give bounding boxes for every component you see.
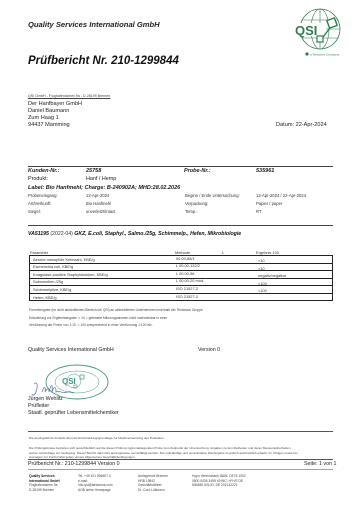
signature-company: Quality Services International GmbH [28, 347, 114, 353]
table-row: Aerobe mesophile Keimzahl, KBE/g 00.00-8… [29, 255, 333, 263]
report-version: Version 0 [198, 347, 220, 353]
untersuchung-label: Beginn / Ende Untersuchung: [185, 193, 240, 198]
probe-nr-value: 535961 [256, 168, 274, 174]
probe-nr-label: Probe-Nr.: [184, 168, 211, 174]
siegel-label: Siegel: [28, 209, 41, 214]
parameter-cell: Schimmelpilze, KBE/g [33, 287, 71, 292]
parameter-cell: Koagulase-positive Staphylokokken, KBE/g [33, 272, 108, 277]
company-name-header: Quality Services International GmbH [28, 20, 160, 29]
footer-company-1: Quality Services [29, 474, 55, 478]
probeneingang-value: 12-Apr-2024 [86, 193, 109, 198]
footer-company-2: International GmbH [29, 479, 60, 483]
footer-bank-3: MM488 USt-ID: DE 202142221 [192, 483, 246, 488]
globe-icon: QSI a Tentamus Company [280, 8, 350, 58]
probeneingang-label: Probeneingang: [28, 193, 58, 198]
footer-bank-1: Hypo Vereinsbank IBAN: DE76 1002 [192, 474, 246, 479]
table-row: Salmonellen /25g L 00.00-20 mod. <100 [29, 278, 333, 286]
table-row: Schimmelpilze, KBE/g ISO 21527-2 <100 [29, 285, 333, 293]
parameter-cell: Hefen, KBE/g [33, 295, 57, 300]
temp-value: RT [256, 209, 262, 214]
parameter-cell: Salmonellen /25g [33, 279, 63, 284]
footer-divider [28, 469, 333, 470]
footer-agb: AGB siehe Homepage [78, 488, 113, 493]
methode-cell: ISO 21527-2 [176, 286, 198, 291]
recipient-name: Daniel Baumann [28, 108, 82, 115]
footer-col-register: Amtsgericht Bremen HRB 19842 Geschäftsfü… [138, 474, 168, 492]
qsi-logo: QSI a Tentamus Company [280, 8, 350, 58]
method-description: GKZ, E.coli, Staphyl., Salmo./25g, Schim… [74, 231, 241, 237]
signer-role: Prüfleiter [28, 403, 119, 410]
footnote-erlaeuterung-2: Verdünnung der Probe von 1:10, < 100 ent… [29, 323, 153, 327]
methode-cell: L 00.00-132/2 [176, 263, 200, 268]
divider [28, 225, 333, 226]
results-table: Aerobe mesophile Keimzahl, KBE/g 00.00-8… [29, 255, 333, 301]
methode-cell: ISO 21527-2 [176, 294, 198, 299]
divider [28, 166, 333, 167]
methode-cell: L 00.00-56 [176, 271, 194, 276]
footer-ceo: Dr. Cord Lüllmann [138, 488, 168, 493]
footer-report-ref: Prüfbericht Nr.: 210-1299844 Version 0 [28, 461, 120, 467]
footnote-fremdvergabe: Fremdvergabe (im nicht akkreditierten Be… [29, 308, 203, 312]
methode-cell: 00.00-88/1 [176, 256, 195, 261]
parameter-cell: Aerobe mesophile Keimzahl, KBE/g [33, 257, 95, 262]
methode-cell: L 00.00-20 mod. [176, 278, 204, 283]
report-title: Prüfbericht Nr. 210-1299844 [28, 55, 179, 67]
footer-phone: Tel. +49 421 596607-0 [78, 474, 113, 479]
recipient-street: Zum Haag 1 [28, 115, 82, 122]
kunden-nr-value: 25758 [86, 168, 101, 174]
table-row: Escherichia coli, KBE/g L 00.00-132/2 <1… [29, 263, 333, 271]
method-code: VA51195 [28, 231, 49, 237]
svg-text:QSI: QSI [295, 23, 317, 38]
untersuchung-value: 12-Apr-2024 / 22-Apr-2024 [256, 193, 306, 198]
report-date: Datum: 22-Apr-2024 [276, 122, 327, 128]
recipient-city: 94437 Mamming [28, 122, 82, 129]
footnote-erlaeuterung-1: Erläuterung zur Ergebnisangabe: < 10 = g… [29, 316, 167, 320]
produkt-label: Produkt: [28, 176, 48, 182]
produkt-value: Hanf / Hemp [86, 176, 116, 182]
divider [28, 459, 333, 460]
kunden-nr-label: Kunden-Nr.: [28, 168, 59, 174]
method-year: (2022-04) [50, 231, 73, 237]
recipient-company: Der Hanfbayer GmbH [28, 101, 82, 108]
footer-city: D-28199 Bremen [29, 488, 60, 493]
siegel-value: unverletzt/intact [86, 209, 115, 214]
disclaimer-usage: Die durchgeführte Analytik dient als Ent… [29, 436, 165, 440]
label-line: Label: Bio Hanfmehl; Charge: B-240902A; … [28, 185, 180, 191]
verpackung-label: Verpackung: [185, 201, 208, 206]
method-title: VA51195 (2022-04) GKZ, E.coli, Staphyl.,… [28, 231, 241, 237]
sample-info: Kunden-Nr.: 25758 Probe-Nr.: 535961 Prod… [28, 168, 328, 218]
footer-col-bank: Hypo Vereinsbank IBAN: DE76 1002 0800 00… [192, 474, 246, 488]
footer-court: Amtsgericht Bremen [138, 474, 168, 479]
verpackung-value: Papier / paper [256, 201, 282, 206]
page-number: Seite: 1 von 1 [304, 461, 336, 467]
table-row: Hefen, KBE/g ISO 21527-2 [29, 293, 333, 301]
signer-block: Jürgen Wehlitz Prüfleiter Staatl. geprüf… [28, 396, 119, 417]
art-herkunft-label: Art/Herkunft: [28, 201, 52, 206]
temp-label: Temp.: [185, 209, 198, 214]
footer-col-contact: Tel. +49 421 596607-0 e-mail: info.qsi@t… [78, 474, 113, 492]
sender-address-line: QSI GmbH - Flughafendamm 9a - D-28199 Br… [28, 94, 110, 98]
recipient-address: Der Hanfbayer GmbH Daniel Baumann Zum Ha… [28, 101, 82, 129]
signer-name: Jürgen Wehlitz [28, 396, 119, 403]
footer-col-company: Quality Services International GmbH Flug… [29, 474, 60, 492]
signer-title: Staatl. geprüfter Lebensmittelchemiker [28, 410, 119, 417]
art-herkunft-value: Bio Hanfmehl [86, 201, 111, 206]
disclaimer-paragraph: Die Prüfergebnisse beziehen sich ausschl… [29, 446, 299, 460]
parameter-cell: Escherichia coli, KBE/g [33, 264, 73, 269]
divider [28, 431, 333, 432]
svg-text:a Tentamus Company: a Tentamus Company [310, 52, 340, 56]
table-row: Koagulase-positive Staphylokokken, KBE/g… [29, 270, 333, 278]
